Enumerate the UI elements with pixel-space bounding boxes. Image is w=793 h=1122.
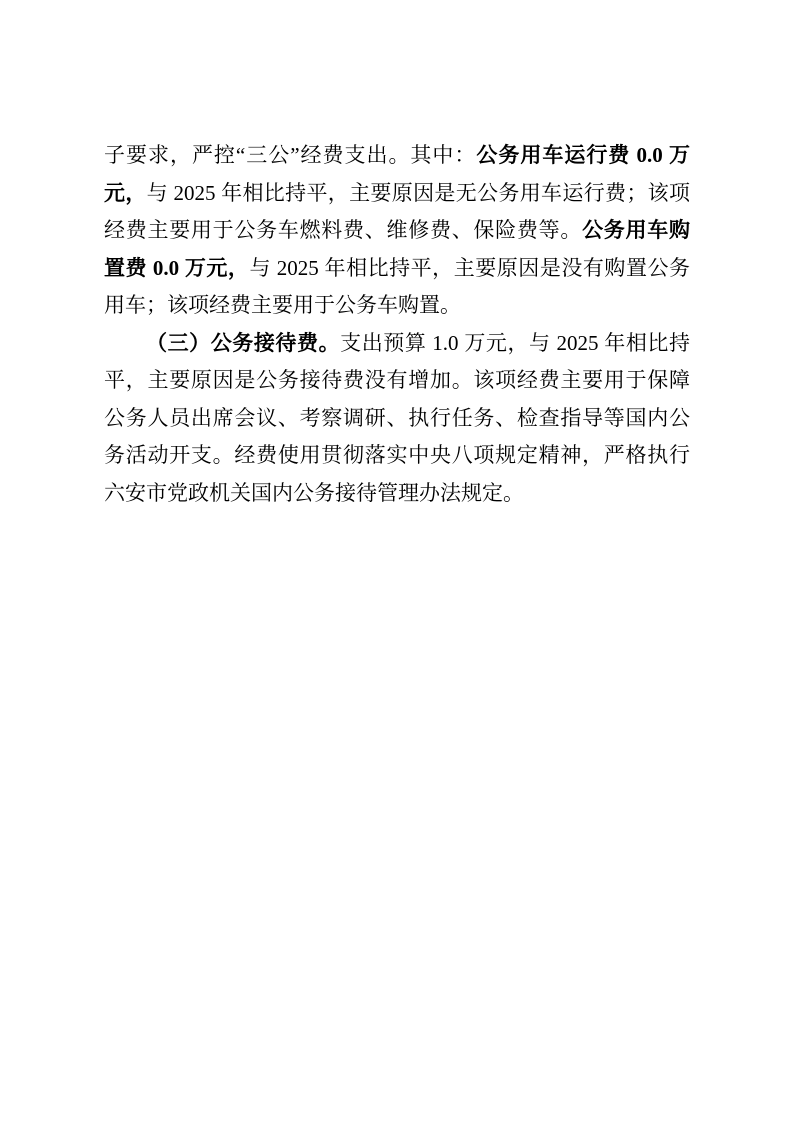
text-run: 支出预算 1.0 万元，与 2025 年相比持平，主要原因是公务接待费没有增加。… xyxy=(104,331,690,505)
paragraph: （三）公务接待费。支出预算 1.0 万元，与 2025 年相比持平，主要原因是公… xyxy=(104,325,690,513)
text-run: 子要求，严控“三公”经费支出。其中： xyxy=(104,143,476,167)
paragraph: 子要求，严控“三公”经费支出。其中：公务用车运行费 0.0 万元，与 2025 … xyxy=(104,137,690,325)
text-run: （三）公务接待费。 xyxy=(146,331,340,355)
document-page: 子要求，严控“三公”经费支出。其中：公务用车运行费 0.0 万元，与 2025 … xyxy=(0,0,793,1122)
document-body: 子要求，严控“三公”经费支出。其中：公务用车运行费 0.0 万元，与 2025 … xyxy=(104,137,690,512)
